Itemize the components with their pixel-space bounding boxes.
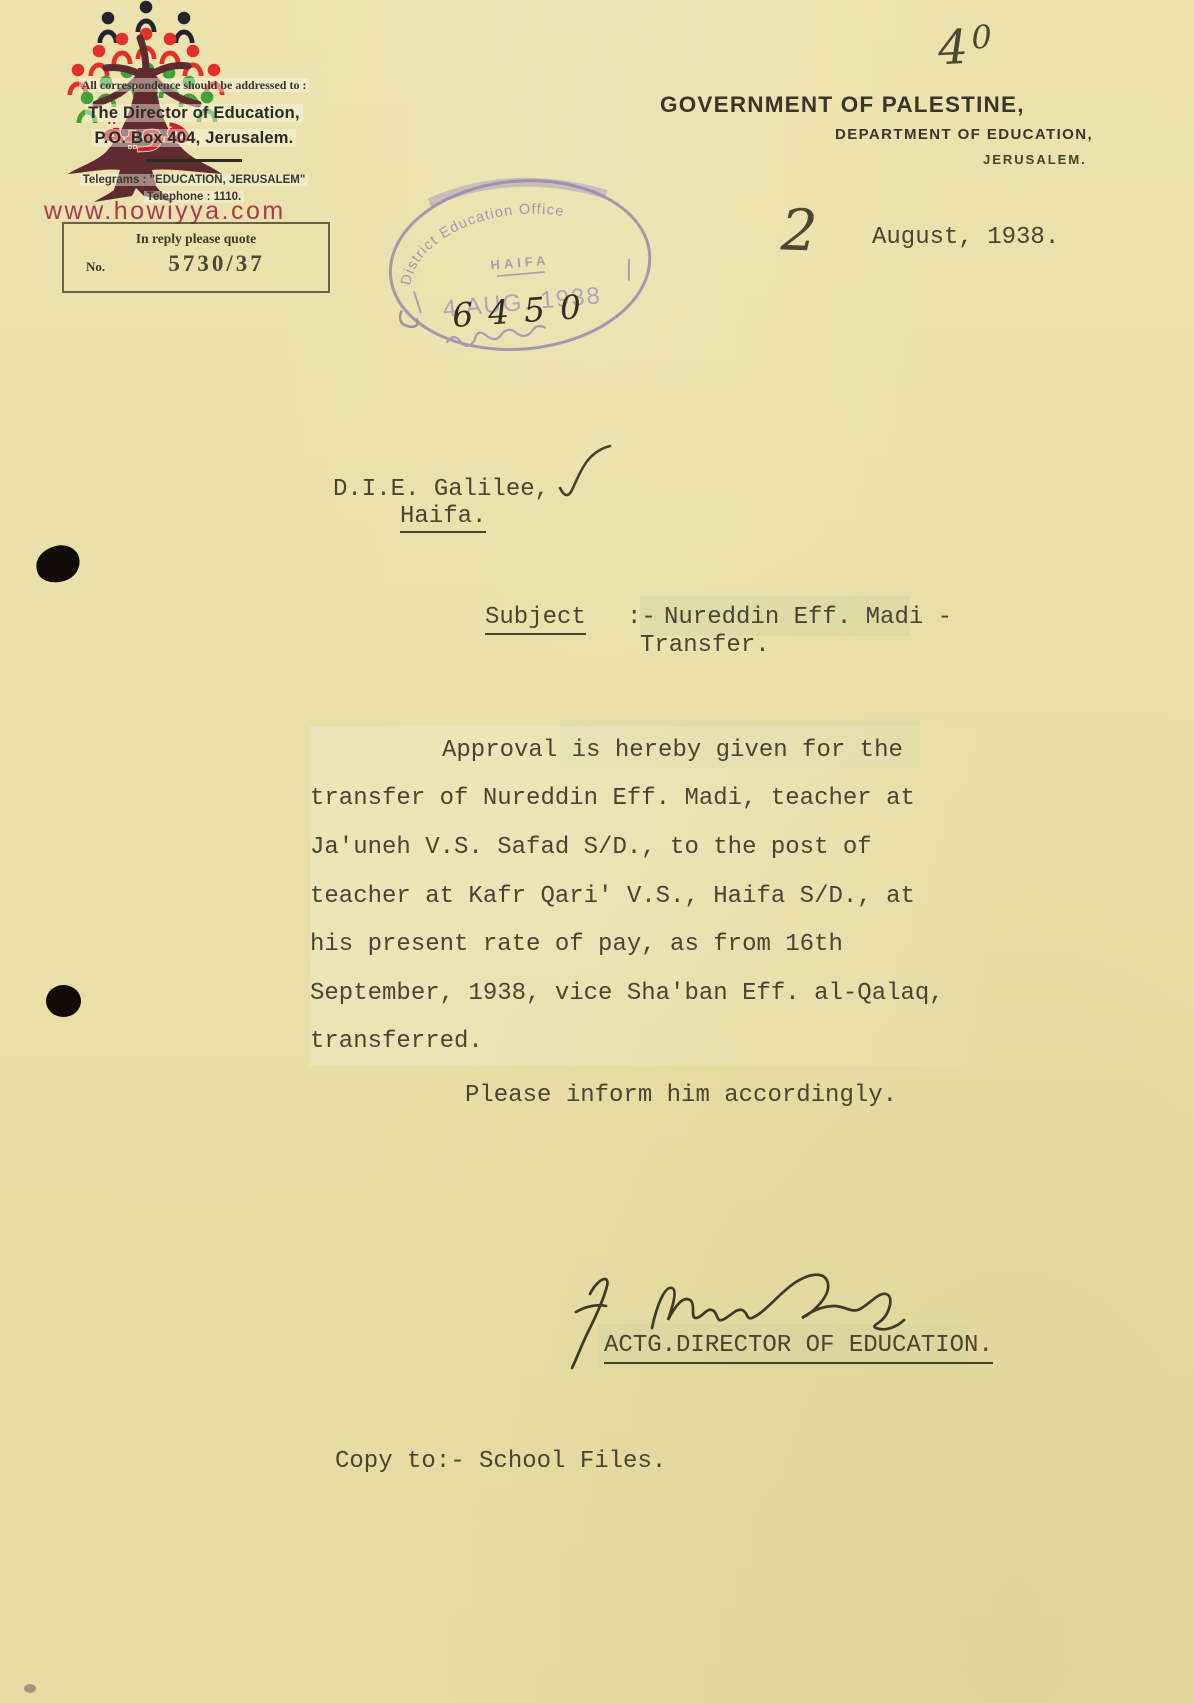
copy-to-line: Copy to:- School Files. [335, 1448, 666, 1475]
letterhead: All correspondence should be addressed t… [58, 78, 330, 206]
hole-punch [32, 541, 83, 587]
letter-body: Approval is hereby given for the transfe… [310, 726, 1000, 1066]
page-number-digit: 4 [937, 20, 970, 76]
letterhead-divider [146, 159, 242, 162]
body-line: Ja'uneh V.S. Safad S/D., to the post of [310, 823, 1000, 872]
reference-caption: In reply please quote [64, 231, 328, 247]
subject-label: Subject [485, 604, 586, 635]
signature-title: ACTG.DIRECTOR OF EDUCATION. [604, 1332, 993, 1364]
stamp-arc-text: District Education Office [392, 198, 572, 288]
body-line: transferred. [310, 1018, 1000, 1067]
recipient-city: Haifa. [400, 503, 486, 533]
letterhead-telegrams: Telegrams : "EDUCATION, JERUSALEM" [80, 174, 309, 186]
body-line: his present rate of pay, as from 16th [310, 920, 1000, 969]
page-number-digit: 0 [970, 18, 992, 57]
svg-text:District Education Office: District Education Office [392, 198, 572, 288]
scan-speck [24, 1684, 36, 1693]
letterhead-director-line: The Director of Education, [85, 104, 302, 122]
recipient-line: D.I.E. Galilee, [333, 476, 549, 503]
received-stamp: District Education Office HAIFA 4 AUG. 1… [372, 158, 669, 370]
handwritten-day: 2 [780, 197, 819, 264]
subject-line2: Transfer. [640, 632, 770, 659]
checkmark-icon [548, 444, 618, 504]
body-line: Approval is hereby given for the [310, 726, 1000, 775]
letterhead-pobox-line: P.O. Box 404, Jerusalem. [92, 129, 297, 147]
letterhead-telephone: Telephone : 1110. [144, 191, 244, 203]
subject-line1: Nureddin Eff. Madi - [664, 604, 952, 631]
reference-number: 5730/37 [105, 251, 328, 277]
letterhead-note: All correspondence should be addressed t… [79, 78, 310, 92]
header-government: GOVERNMENT OF PALESTINE, [660, 92, 1025, 118]
header-city: JERUSALEM. [983, 152, 1087, 167]
handwritten-page-number: 40 [937, 19, 994, 77]
closing-line: Please inform him accordingly. [465, 1082, 897, 1109]
subject-separator: :- [627, 604, 656, 631]
body-line: transfer of Nureddin Eff. Madi, teacher … [310, 775, 1000, 824]
date-line: August, 1938. [872, 224, 1059, 251]
scanned-letter-page: هوية www.howiyya.com All correspondence … [0, 0, 1194, 1703]
reference-box: In reply please quote No. 5730/37 [62, 222, 330, 293]
header-department: DEPARTMENT OF EDUCATION, [835, 126, 1093, 143]
stamp-office: HAIFA [490, 253, 550, 273]
body-line: teacher at Kafr Qari' V.S., Haifa S/D., … [310, 872, 1000, 921]
hole-punch [46, 985, 81, 1017]
body-line: September, 1938, vice Sha'ban Eff. al-Qa… [310, 969, 1000, 1018]
reference-no-label: No. [86, 259, 105, 277]
